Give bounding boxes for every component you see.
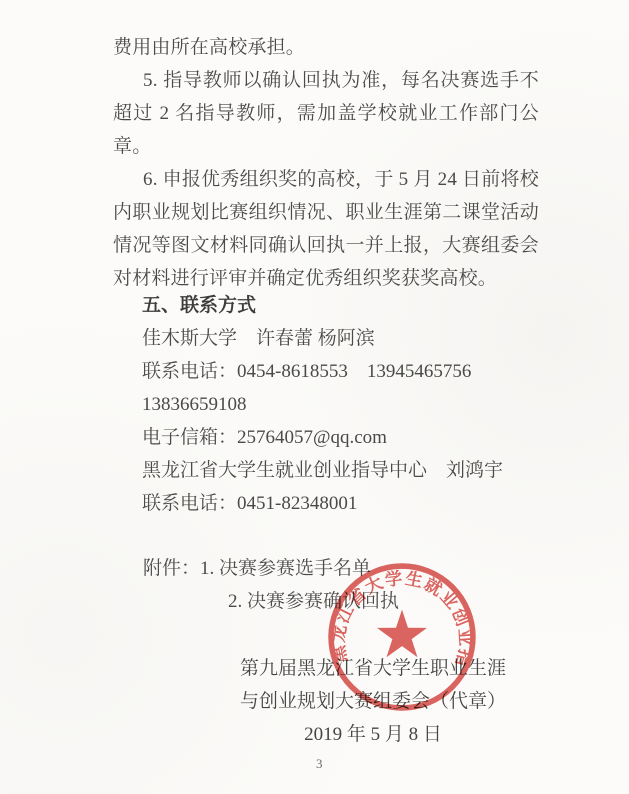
attachment-line-1: 附件：1. 决赛参赛选手名单 <box>143 552 539 585</box>
paragraph-item-5: 5. 指导教师以确认回执为准，每名决赛选手不超过 2 名指导教师，需加盖学校就业… <box>113 64 539 163</box>
signature-line-1: 第九届黑龙江省大学生职业生涯 <box>223 652 523 685</box>
paragraph-carryover: 费用由所在高校承担。 <box>113 31 539 64</box>
contact-university-line: 佳木斯大学 许春蕾 杨阿滨 <box>113 322 539 355</box>
attachment-item-2: 2. 决赛参赛确认回执 <box>228 585 539 618</box>
attachments-label: 附件： <box>143 558 200 579</box>
attachments-block: 附件：1. 决赛参赛选手名单 2. 决赛参赛确认回执 <box>113 552 539 618</box>
document-content: 费用由所在高校承担。 5. 指导教师以确认回执为准，每名决赛选手不超过 2 名指… <box>113 31 539 751</box>
contact-phone-line-2: 联系电话：0451-82348001 <box>113 487 539 520</box>
signature-date: 2019 年 5 月 8 日 <box>223 718 523 751</box>
page-number: 3 <box>316 756 323 772</box>
paragraph-item-6: 6. 申报优秀组织奖的高校，于 5 月 24 日前将校内职业规划比赛组织情况、职… <box>113 163 539 295</box>
signature-block: 第九届黑龙江省大学生职业生涯 与创业规划大赛组委会（代章） 2019 年 5 月… <box>223 652 523 751</box>
contact-center-line: 黑龙江省大学生就业创业指导中心 刘鸿宇 <box>113 454 539 487</box>
attachment-item-1: 1. 决赛参赛选手名单 <box>200 558 371 579</box>
contact-email-line: 电子信箱：25764057@qq.com <box>113 421 539 454</box>
signature-line-2: 与创业规划大赛组委会（代章） <box>223 685 523 718</box>
contact-phone-line-1: 联系电话：0454-8618553 13945465756 1383665910… <box>113 355 539 421</box>
document-page: 费用由所在高校承担。 5. 指导教师以确认回执为准，每名决赛选手不超过 2 名指… <box>0 0 629 794</box>
